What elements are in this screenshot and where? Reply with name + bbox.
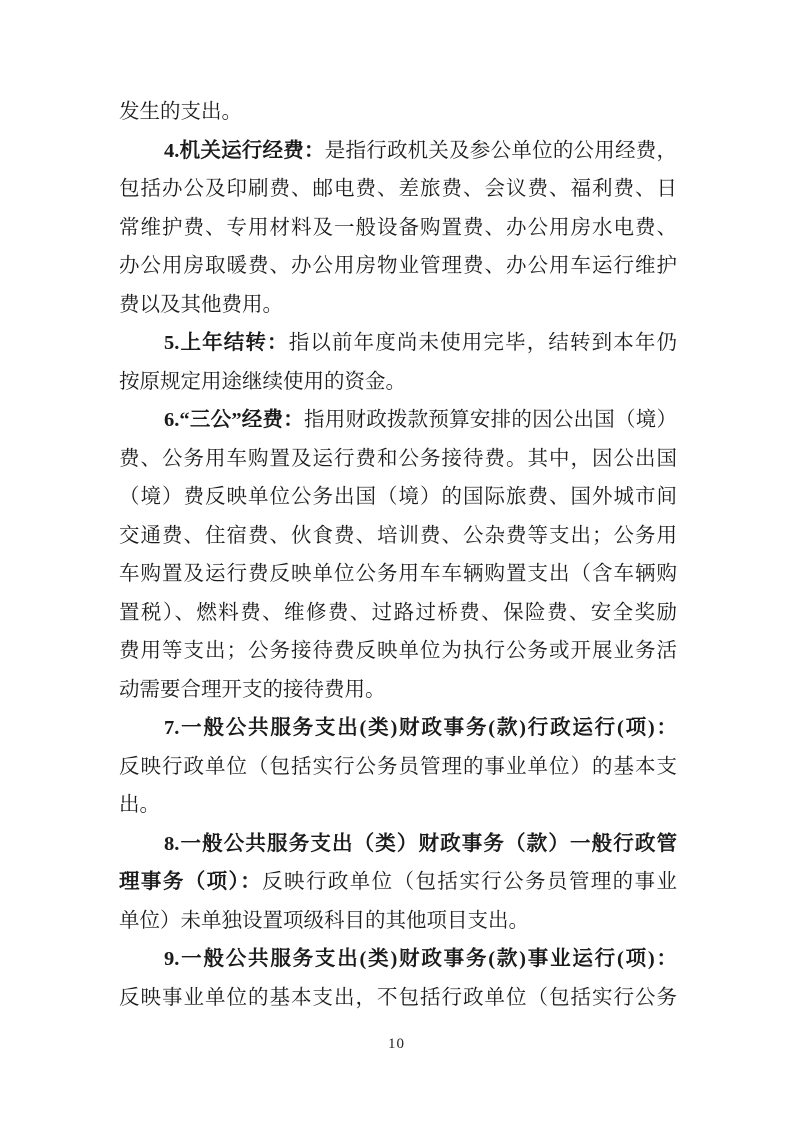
text-run: 交通费、住宿费、伙食费、培训费、公杂费等支出；公务用: [119, 525, 677, 547]
heading-run: 9.一般公共服务支出(类)财政事务(款)事业运行(项)：: [164, 948, 677, 970]
text-line: 发生的支出。: [119, 93, 677, 132]
text-run: （境）费反映单位公务出国（境）的国际旅费、国外城市间: [119, 486, 677, 508]
text-run: 置税）、燃料费、维修费、过路过桥费、保险费、安全奖励: [119, 602, 677, 624]
text-run: 包括办公及印刷费、邮电费、差旅费、会议费、福利费、日: [119, 178, 677, 200]
text-run: 反映事业单位的基本支出，不包括行政单位（包括实行公务: [119, 987, 677, 1009]
text-line: 费、公务用车购置及运行费和公务接待费。其中，因公出国: [119, 440, 677, 479]
text-line: 7.一般公共服务支出(类)财政事务(款)行政运行(项)：: [119, 709, 677, 748]
text-run: 反映行政单位（包括实行公务员管理的事业单位）的基本支: [119, 756, 677, 778]
text-line: 动需要合理开支的接待费用。: [119, 671, 677, 710]
text-run: 出。: [119, 794, 160, 816]
text-run: 单位）未单独设置项级科目的其他项目支出。: [119, 910, 529, 932]
text-line: 出。: [119, 786, 677, 825]
text-line: 交通费、住宿费、伙食费、培训费、公杂费等支出；公务用: [119, 517, 677, 556]
text-run: 动需要合理开支的接待费用。: [119, 679, 386, 701]
text-run: 指用财政拨款预算安排的因公出国（境）: [304, 409, 677, 431]
text-line: 4.机关运行经费：是指行政机关及参公单位的公用经费，: [119, 132, 677, 171]
text-line: 单位）未单独设置项级科目的其他项目支出。: [119, 902, 677, 941]
text-line: 置税）、燃料费、维修费、过路过桥费、保险费、安全奖励: [119, 594, 677, 633]
text-run: 是指行政机关及参公单位的公用经费，: [325, 140, 677, 162]
heading-run: 5.上年结转：: [164, 332, 289, 354]
text-line: 反映事业单位的基本支出，不包括行政单位（包括实行公务: [119, 979, 677, 1018]
document-page: 发生的支出。4.机关运行经费：是指行政机关及参公单位的公用经费，包括办公及印刷费…: [0, 0, 793, 1122]
text-run: 常维护费、专用材料及一般设备购置费、办公用房水电费、: [119, 217, 677, 239]
text-run: 指以前年度尚未使用完毕，结转到本年仍: [289, 332, 677, 354]
text-line: （境）费反映单位公务出国（境）的国际旅费、国外城市间: [119, 478, 677, 517]
text-line: 9.一般公共服务支出(类)财政事务(款)事业运行(项)：: [119, 940, 677, 979]
text-run: 费用等支出；公务接待费反映单位为执行公务或开展业务活: [119, 640, 677, 662]
document-body-text: 发生的支出。4.机关运行经费：是指行政机关及参公单位的公用经费，包括办公及印刷费…: [119, 93, 677, 1017]
text-line: 5.上年结转：指以前年度尚未使用完毕，结转到本年仍: [119, 324, 677, 363]
text-line: 6.“三公”经费：指用财政拨款预算安排的因公出国（境）: [119, 401, 677, 440]
text-line: 常维护费、专用材料及一般设备购置费、办公用房水电费、: [119, 209, 677, 248]
text-run: 发生的支出。: [119, 101, 242, 123]
text-run: 按原规定用途继续使用的资金。: [119, 371, 406, 393]
text-line: 反映行政单位（包括实行公务员管理的事业单位）的基本支: [119, 748, 677, 787]
text-run: 费以及其他费用。: [119, 294, 283, 316]
text-line: 按原规定用途继续使用的资金。: [119, 363, 677, 402]
heading-run: 7.一般公共服务支出(类)财政事务(款)行政运行(项)：: [164, 717, 677, 739]
page-footer: 10: [0, 1036, 793, 1053]
text-line: 车购置及运行费反映单位公务用车车辆购置支出（含车辆购: [119, 555, 677, 594]
heading-run: 6.“三公”经费：: [164, 409, 304, 431]
heading-run: 8.一般公共服务支出（类）财政事务（款）一般行政管: [164, 833, 677, 855]
text-line: 费以及其他费用。: [119, 286, 677, 325]
text-line: 理事务（项）：反映行政单位（包括实行公务员管理的事业: [119, 863, 677, 902]
heading-run: 理事务（项）：: [119, 871, 262, 893]
text-run: 车购置及运行费反映单位公务用车车辆购置支出（含车辆购: [119, 563, 677, 585]
heading-run: 4.机关运行经费：: [164, 140, 325, 162]
text-run: 办公用房取暖费、办公用房物业管理费、办公用车运行维护: [119, 255, 677, 277]
page-number: 10: [388, 1036, 405, 1052]
text-line: 8.一般公共服务支出（类）财政事务（款）一般行政管: [119, 825, 677, 864]
text-run: 费、公务用车购置及运行费和公务接待费。其中，因公出国: [119, 448, 677, 470]
text-run: 反映行政单位（包括实行公务员管理的事业: [262, 871, 677, 893]
text-line: 费用等支出；公务接待费反映单位为执行公务或开展业务活: [119, 632, 677, 671]
text-line: 办公用房取暖费、办公用房物业管理费、办公用车运行维护: [119, 247, 677, 286]
text-line: 包括办公及印刷费、邮电费、差旅费、会议费、福利费、日: [119, 170, 677, 209]
